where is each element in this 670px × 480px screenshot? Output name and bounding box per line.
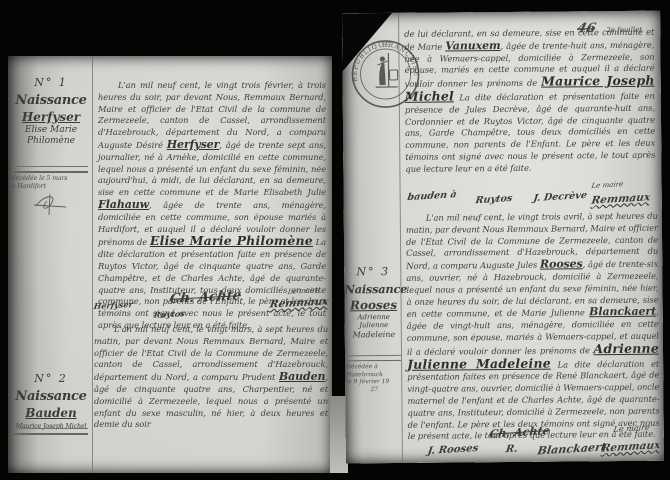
mayor-title: Le maire: [591, 180, 624, 190]
signature-witness-achte: Ch. Achte: [168, 288, 242, 307]
mayor-title: Le maire: [613, 423, 651, 434]
signature-witness-decreve: J. Decrève: [533, 190, 588, 204]
act2-surname: Bauden: [14, 406, 88, 420]
person-name: Herfyser: [167, 138, 220, 151]
act3-body-text: L'an mil neuf cent, le vingt trois avril…: [406, 211, 660, 443]
act1-signatures: Herfyser Ch. Achte Ruytos Le maire Remma…: [92, 290, 330, 322]
paraph-flourish: [34, 192, 68, 216]
act1-death-note: décédée le 5 mars à Hardifort: [12, 175, 90, 190]
margin-divider: [12, 166, 88, 173]
signature-witness-achte: Ch. Achte: [488, 424, 550, 441]
act1-record-type: Naissance: [14, 93, 88, 108]
act2-record-type: Naissance: [14, 389, 88, 404]
act3-death-note: Décédée à Hazebrouck le 9 février 19 27: [346, 363, 402, 394]
act3-surname: Rooses: [345, 298, 403, 313]
person-name: Blanckaert: [589, 305, 656, 319]
signature-mayor: Remmaux: [590, 191, 651, 207]
mayor-title: Le maire: [288, 286, 321, 296]
act3-record-type: Naissance: [344, 282, 402, 297]
act2-body-text-left: L'an mil neuf cent, le vingt mars, à sep…: [94, 324, 328, 431]
margin-divider: [345, 355, 401, 361]
act1-margin-annotation: N° 1 Naissance Herfyser Elise Marie Phil…: [14, 76, 88, 146]
signature-witness-ruytos: Ruytos: [475, 193, 513, 206]
margin-divider: [12, 428, 88, 435]
signature-witness-ruytos: Ruytos: [153, 308, 186, 320]
person-name: Bauden: [279, 370, 326, 383]
signature-witness-blanckaert: Blanckaert: [537, 440, 608, 457]
margin-rule-line: [92, 56, 93, 473]
act3-signatures: Ch. Achte Le maire J. Rooses R. Blanckae…: [408, 425, 660, 461]
signature-witness-initial: R.: [505, 444, 519, 456]
signature-father: J. Rooses: [427, 443, 479, 457]
person-name: Elise Marie Philomène: [150, 233, 313, 248]
signature-father: bauden à: [407, 189, 458, 203]
act3-number: N° 3: [344, 265, 402, 279]
person-name: Flahauw: [98, 198, 149, 211]
act1-given-1: Elise Marie: [14, 125, 88, 135]
signature-mayor: Remmaux: [268, 295, 329, 310]
act1-number: N° 1: [14, 76, 88, 89]
act3-given-1: Adrienne Julienne: [345, 313, 403, 330]
left-page: N° 1 Naissance Herfyser Elise Marie Phil…: [8, 56, 332, 473]
act3-margin-annotation: N° 3 Naissance Rooses Adrienne Julienne …: [344, 265, 403, 340]
marianne-figure: [375, 53, 397, 87]
act2-number: N° 2: [14, 372, 88, 385]
right-page: 46 2e feuillet RÉPUBLIQUE FRANÇAISE de l…: [342, 11, 664, 464]
scanned-register-page: { "colors":{"background":"#040404","page…: [0, 0, 670, 480]
act1-given-2: Philomène: [14, 136, 88, 146]
person-name: Vanuxem: [445, 39, 500, 52]
act1-surname: Herfyser: [14, 110, 88, 124]
signature-mayor: Remmaux: [600, 439, 661, 455]
signature-father: Herfyser: [93, 299, 134, 311]
person-name: Rooses: [540, 257, 583, 270]
act2-margin-annotation: N° 2 Naissance Bauden Maurice Joseph Mic…: [14, 372, 88, 430]
act2-body-text-right: de lui déclarant, en sa demeure, sise en…: [404, 27, 655, 176]
act3-given-2: Madeleine: [345, 330, 403, 340]
